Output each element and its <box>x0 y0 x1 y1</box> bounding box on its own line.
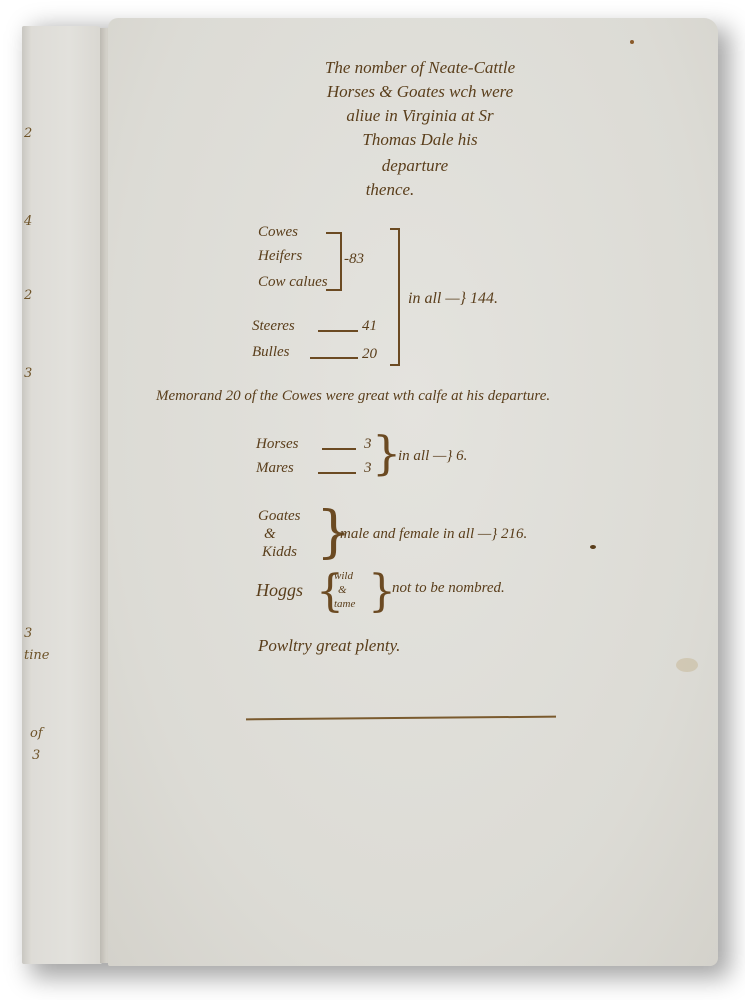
total-bracket <box>390 228 400 366</box>
mares-label: Mares <box>256 460 294 477</box>
goats-total: male and female in all —} 216. <box>340 526 527 543</box>
cattle-subtotal-value: 83 <box>349 251 364 267</box>
goats-description: male and female in all <box>340 526 474 542</box>
memorandum-line: Memorand 20 of the Cowes were great wth … <box>156 388 550 405</box>
hogs-type-and: & <box>338 584 347 596</box>
margin-note: tine <box>24 648 49 663</box>
cattle-label-cow-calues: Cow calues <box>258 274 328 291</box>
leader-line <box>318 472 356 474</box>
horses-brace: } <box>372 426 401 480</box>
title-line-3: aliue in Virginia at Sr <box>270 106 570 126</box>
leader-line <box>310 357 358 359</box>
poultry-line: Powltry great plenty. <box>258 636 400 656</box>
title-line-4: Thomas Dale his <box>270 130 570 150</box>
leader-line <box>318 330 358 332</box>
horses-total: in all —} 6. <box>398 448 467 465</box>
margin-note: 3 <box>24 626 32 641</box>
margin-note: 2 <box>24 288 32 303</box>
cattle-value-bulles: 20 <box>362 346 377 363</box>
total-label: in all <box>398 448 429 464</box>
hoggs-label: Hoggs <box>256 580 303 601</box>
leader-line <box>322 448 356 450</box>
subtotal-bracket <box>326 232 342 291</box>
left-page-edge: 2 4 2 3 3 tine of 3 <box>22 26 102 964</box>
cattle-total: in all —} 144. <box>408 290 498 308</box>
margin-note: 2 <box>24 126 32 141</box>
horses-label: Horses <box>256 436 299 453</box>
margin-note: 3 <box>24 366 32 381</box>
horses-value: 3 <box>364 436 372 453</box>
title-line-2: Horses & Goates wch were <box>270 82 570 102</box>
cattle-subtotal: -83 <box>344 251 364 268</box>
cattle-value-steeres: 41 <box>362 318 377 335</box>
cattle-label-steeres: Steeres <box>252 318 295 335</box>
title-line-1: The nomber of Neate-Cattle <box>270 58 570 78</box>
hogs-note: not to be nombred. <box>392 580 505 597</box>
margin-note: 4 <box>24 214 32 229</box>
margin-note: of <box>30 726 43 741</box>
title-line-5: departure <box>265 156 565 176</box>
cattle-label-cowes: Cowes <box>258 224 298 241</box>
goats-total-value: 216 <box>501 526 524 542</box>
kidds-label: Kidds <box>262 544 297 561</box>
ink-spot <box>590 545 596 549</box>
cattle-label-heifers: Heifers <box>258 248 302 265</box>
title-line-6: thence. <box>290 180 490 200</box>
hogs-type-tame: tame <box>334 598 355 610</box>
horses-total-value: 6 <box>456 448 464 464</box>
hogs-type-wild: wild <box>334 570 353 582</box>
goates-label: Goates <box>258 508 301 525</box>
ink-spot <box>630 40 634 44</box>
cattle-label-bulles: Bulles <box>252 344 290 361</box>
stain-spot <box>676 658 698 672</box>
margin-note: 3 <box>32 748 40 763</box>
cattle-total-value: 144 <box>470 290 494 307</box>
total-label: in all <box>408 290 441 307</box>
mares-value: 3 <box>364 460 372 477</box>
goats-ampersand: & <box>264 526 276 543</box>
